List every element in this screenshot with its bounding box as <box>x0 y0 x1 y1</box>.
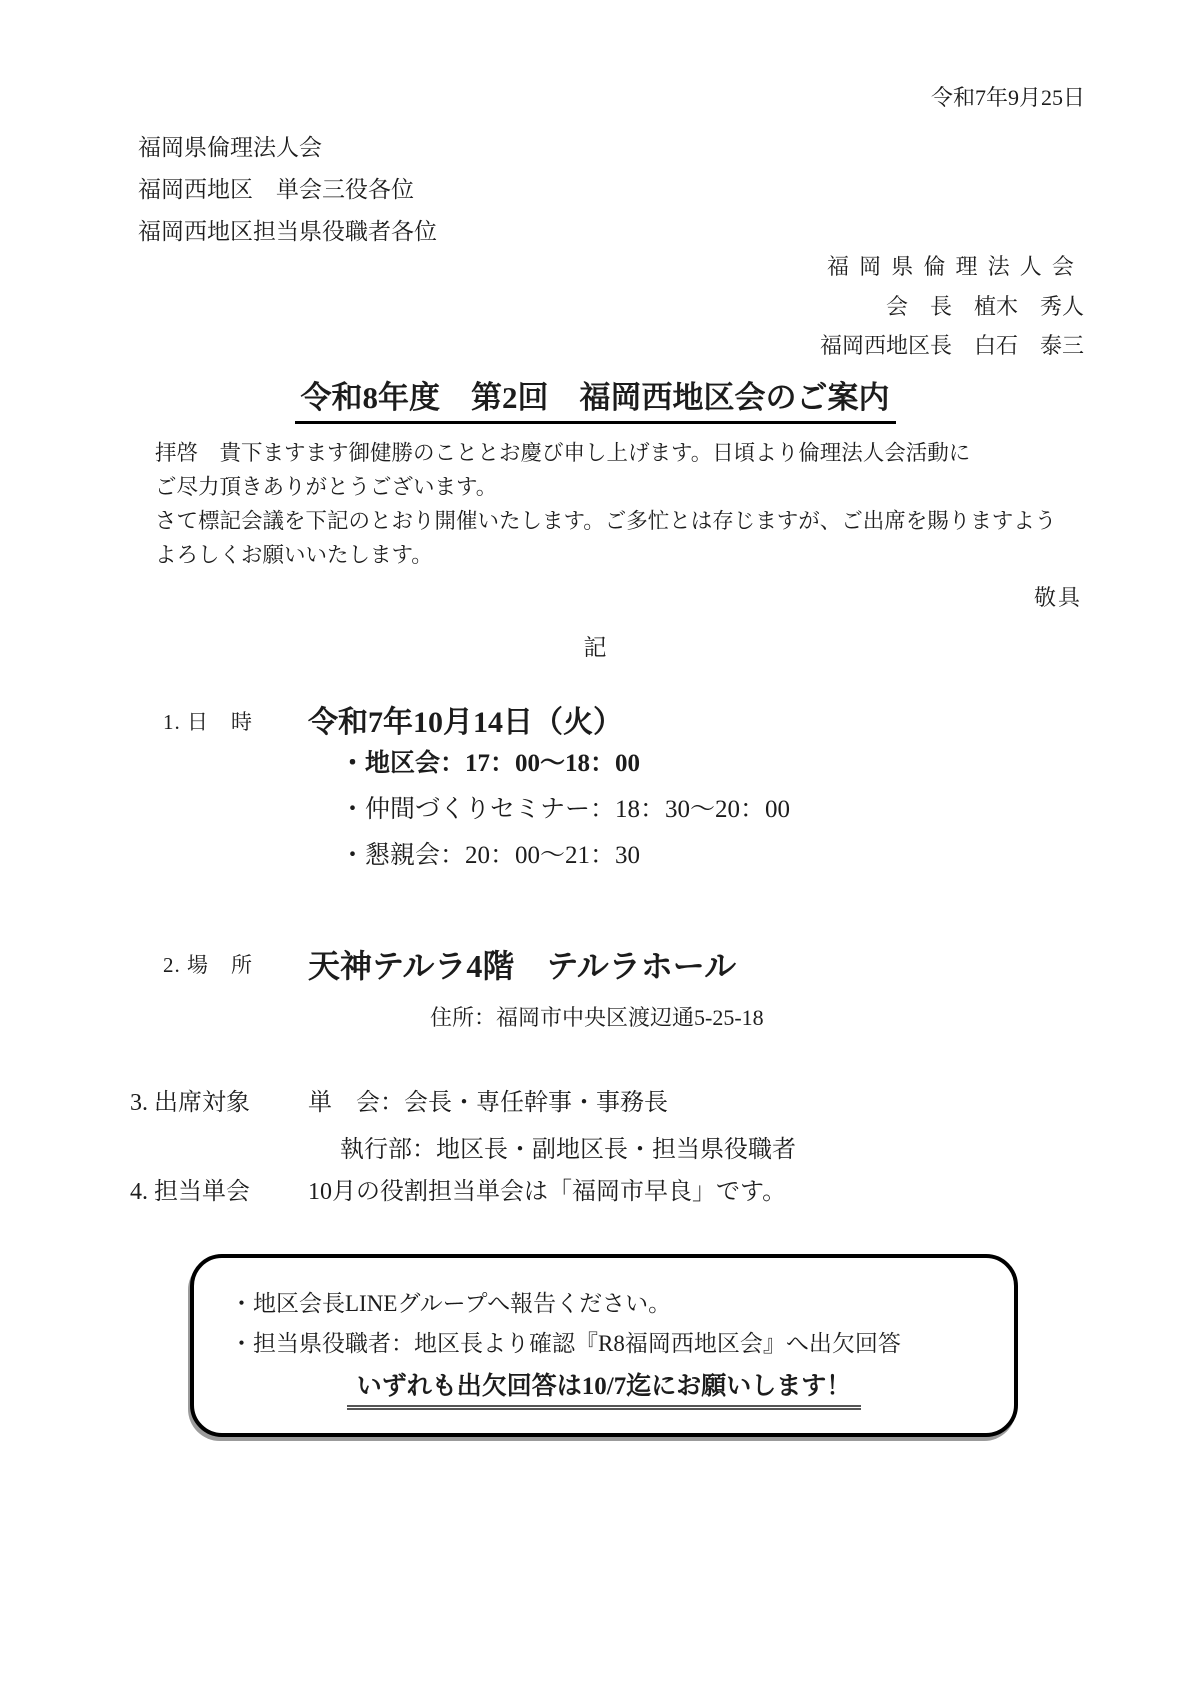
recipient-block: 福岡県倫理法人会 福岡西地区 単会三役各位 福岡西地区担当県役職者各位 <box>138 127 437 253</box>
greeting-paragraph: 拝啓 貴下ますます御健勝のこととお慶び申し上げます。日頃より倫理法人会活動に ご… <box>155 436 1056 572</box>
body-line-2: ご尽力頂きありがとうございます。 <box>155 470 1056 504</box>
schedule-item-seminar: ・仲間づくりセミナー：18：30～20：00 <box>340 787 790 833</box>
schedule-item-district-meeting: ・地区会：17：00～18：00 <box>340 741 790 787</box>
notice-deadline-text: いずれも出欠回答は10/7迄にお願いします！ <box>347 1366 861 1410</box>
attendees-section-label: 3. 出席対象 <box>130 1082 250 1117</box>
sender-block: 福岡県倫理法人会 会 長 植木 秀人 福岡西地区長 白石 泰三 <box>820 247 1084 366</box>
duty-section-label: 4. 担当単会 <box>130 1171 250 1206</box>
document-title: 令和8年度 第2回 福岡西地区会のご案内 <box>0 372 1190 424</box>
body-line-3: さて標記会議を下記のとおり開催いたします。ご多忙とは存じますが、ご出席を賜ります… <box>155 504 1056 538</box>
notice-line-line-report: ・地区会長LINEグループへ報告ください。 <box>230 1285 671 1318</box>
attendees-tankai-line: 単 会：会長・専任幹事・事務長 <box>308 1082 668 1117</box>
document-title-text: 令和8年度 第2回 福岡西地区会のご案内 <box>295 372 896 424</box>
closing-word: 敬具 <box>1034 581 1082 612</box>
body-line-4: よろしくお願いいたします。 <box>155 538 1056 572</box>
notice-box: ・地区会長LINEグループへ報告ください。 ・担当県役職者：地区長より確認『R8… <box>190 1254 1018 1437</box>
body-line-1: 拝啓 貴下ますます御健勝のこととお慶び申し上げます。日頃より倫理法人会活動に <box>155 436 1056 470</box>
document-date: 令和7年9月25日 <box>931 81 1085 112</box>
sender-org: 福岡県倫理法人会 <box>820 247 1084 287</box>
attendees-executive-line: 執行部：地区長・副地区長・担当県役職者 <box>340 1129 796 1164</box>
sender-chairman: 会 長 植木 秀人 <box>820 287 1084 327</box>
venue-name: 天神テルラ4階 テルラホール <box>308 941 736 987</box>
venue-section-label: 2. 場 所 <box>163 949 253 979</box>
schedule-section-label: 1. 日 時 <box>163 706 253 736</box>
notice-deadline: いずれも出欠回答は10/7迄にお願いします！ <box>194 1366 1014 1410</box>
recipient-line-org: 福岡県倫理法人会 <box>138 127 437 169</box>
record-marker: 記 <box>0 629 1190 662</box>
venue-address: 住所：福岡市中央区渡辺通5-25-18 <box>430 1001 764 1032</box>
schedule-items: ・地区会：17：00～18：00 ・仲間づくりセミナー：18：30～20：00 … <box>340 741 790 879</box>
recipient-line-yakushokusha: 福岡西地区担当県役職者各位 <box>138 211 437 253</box>
duty-text: 10月の役割担当単会は「福岡市早良」です。 <box>308 1171 786 1206</box>
schedule-date: 令和7年10月14日（火） <box>308 697 623 741</box>
sender-district-chief: 福岡西地区長 白石 泰三 <box>820 326 1084 366</box>
recipient-line-tankai: 福岡西地区 単会三役各位 <box>138 169 437 211</box>
document-page: 令和7年9月25日 福岡県倫理法人会 福岡西地区 単会三役各位 福岡西地区担当県… <box>0 0 1190 1683</box>
notice-line-attendance-reply: ・担当県役職者：地区長より確認『R8福岡西地区会』へ出欠回答 <box>230 1325 901 1358</box>
schedule-item-social-gathering: ・懇親会：20：00～21：30 <box>340 833 790 879</box>
